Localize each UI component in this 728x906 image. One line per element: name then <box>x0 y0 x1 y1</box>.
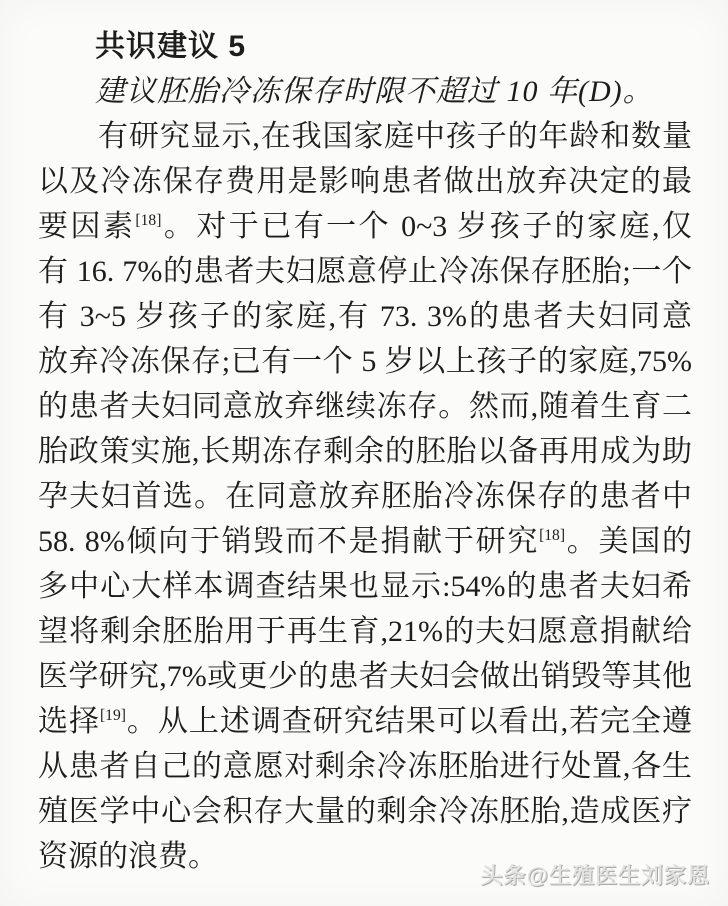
paragraph-line: 医学研究,7%或更少的患者夫妇会做出销毁等其他 <box>38 654 692 699</box>
watermark: 头条@生殖医生刘家恩 <box>481 859 710 890</box>
paragraph-line: 有 3~5 岁孩子的家庭,有 73. 3%的患者夫妇同意 <box>38 294 692 339</box>
consensus-heading: 共识建议 5 <box>38 24 692 69</box>
document-page: 共识建议 5 建议胚胎冷冻保存时限不超过 10 年(D)。 有研究显示,在我国家… <box>0 0 728 906</box>
text-segment: 有 3~5 岁孩子的家庭,有 73. 3%的患者夫妇同意 <box>38 300 692 333</box>
paragraph-line: 以及冷冻保存费用是影响患者做出放弃决定的最重 <box>38 159 692 204</box>
paragraph-line: 要因素[18]。对于已有一个 0~3 岁孩子的家庭,仅 <box>38 204 692 249</box>
text-segment: 。美国的 <box>565 525 692 558</box>
paragraph-line: 殖医学中心会积存大量的剩余冷冻胚胎,造成医疗 <box>38 789 692 834</box>
recommendation-line: 建议胚胎冷冻保存时限不超过 10 年(D)。 <box>38 69 692 114</box>
text-segment: 孕夫妇首选。在同意放弃胚胎冷冻保存的患者中有 <box>38 480 692 519</box>
text-segment: 。对于已有一个 0~3 岁孩子的家庭,仅 <box>161 210 692 243</box>
text-segment: 从患者自己的意愿对剩余冷冻胚胎进行处置,各生 <box>38 750 692 783</box>
text-segment: 的患者夫妇同意放弃继续冻存。然而,随着生育二 <box>38 390 692 423</box>
paragraph-line: 望将剩余胚胎用于再生育,21%的夫妇愿意捐献给 <box>38 609 692 654</box>
paragraph-line: 的患者夫妇同意放弃继续冻存。然而,随着生育二 <box>38 384 692 429</box>
paragraph-line: 多中心大样本调查结果也显示:54%的患者夫妇希 <box>38 564 692 609</box>
paragraph-line: 从患者自己的意愿对剩余冷冻胚胎进行处置,各生 <box>38 744 692 789</box>
text-segment: 多中心大样本调查结果也显示:54%的患者夫妇希 <box>38 570 692 603</box>
reference-superscript: [18] <box>135 212 161 229</box>
text-segment: 有 16. 7%的患者夫妇愿意停止冷冻保存胚胎;一个 <box>38 255 692 288</box>
text-segment: 望将剩余胚胎用于再生育,21%的夫妇愿意捐献给 <box>38 615 692 648</box>
text-segment: 选择 <box>38 705 100 738</box>
text-segment: 放弃冷冻保存;已有一个 5 岁以上孩子的家庭,75% <box>38 345 692 378</box>
reference-superscript: [18] <box>539 527 565 544</box>
text-segment: 有研究显示,在我国家庭中孩子的年龄和数量 <box>98 120 692 153</box>
paragraph-line: 选择[19]。从上述调查研究结果可以看出,若完全遵 <box>38 699 692 744</box>
text-segment: 58. 8%倾向于销毁而不是捐献于研究 <box>38 525 539 558</box>
paragraph-line: 胎政策实施,长期冻存剩余的胚胎以备再用成为助 <box>38 429 692 474</box>
text-segment: 殖医学中心会积存大量的剩余冷冻胚胎,造成医疗 <box>38 795 692 828</box>
text-segment: 胎政策实施,长期冻存剩余的胚胎以备再用成为助 <box>38 435 692 468</box>
paragraph-line: 有 16. 7%的患者夫妇愿意停止冷冻保存胚胎;一个 <box>38 249 692 294</box>
text-segment: 要因素 <box>38 210 135 243</box>
paragraph-line: 放弃冷冻保存;已有一个 5 岁以上孩子的家庭,75% <box>38 339 692 384</box>
text-segment: 以及冷冻保存费用是影响患者做出放弃决定的最重 <box>38 165 692 204</box>
paragraph-line: 有研究显示,在我国家庭中孩子的年龄和数量 <box>38 114 692 159</box>
paragraph-line: 孕夫妇首选。在同意放弃胚胎冷冻保存的患者中有 <box>38 474 692 519</box>
reference-superscript: [19] <box>100 707 126 724</box>
paragraph: 有研究显示,在我国家庭中孩子的年龄和数量以及冷冻保存费用是影响患者做出放弃决定的… <box>38 114 692 879</box>
text-segment: 医学研究,7%或更少的患者夫妇会做出销毁等其他 <box>38 660 692 693</box>
document-content: 共识建议 5 建议胚胎冷冻保存时限不超过 10 年(D)。 有研究显示,在我国家… <box>38 24 692 879</box>
text-segment: 。从上述调查研究结果可以看出,若完全遵 <box>126 705 692 738</box>
text-segment: 资源的浪费。 <box>38 840 218 873</box>
paragraph-line: 58. 8%倾向于销毁而不是捐献于研究[18]。美国的 <box>38 519 692 564</box>
